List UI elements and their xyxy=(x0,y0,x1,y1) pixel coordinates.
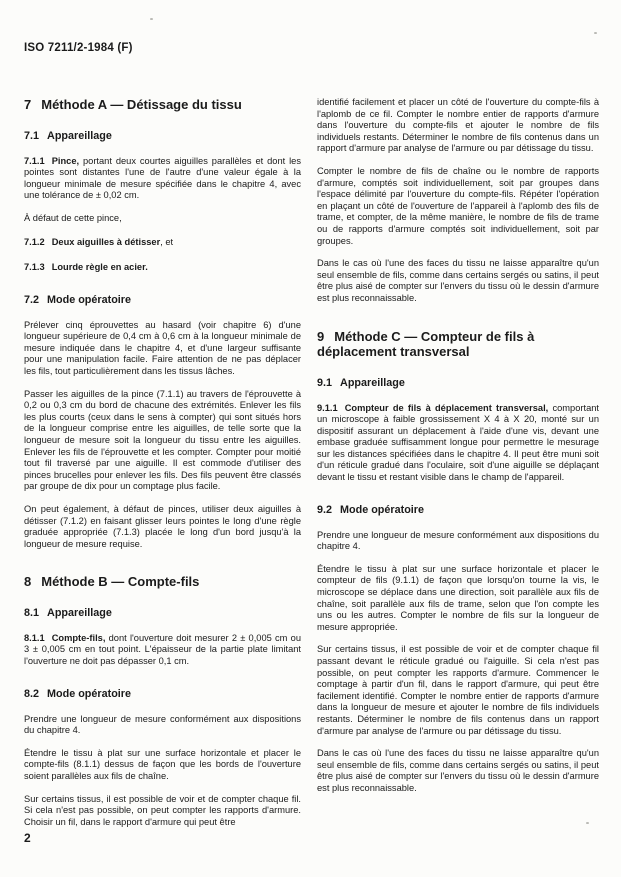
paragraph: Prendre une longueur de mesure conformém… xyxy=(317,530,599,553)
clause-number: 7.1.1 xyxy=(24,156,45,166)
subsection-number: 9.1 xyxy=(317,377,332,389)
subsection-7-1-heading: 7.1Appareillage xyxy=(24,130,301,143)
subsection-8-2-heading: 8.2Mode opératoire xyxy=(24,688,301,701)
paragraph: Sur certains tissus, il est possible de … xyxy=(24,794,301,829)
clause-9-1-1: 9.1.1Compteur de fils à déplacement tran… xyxy=(317,403,599,484)
subsection-9-1-heading: 9.1Appareillage xyxy=(317,377,599,390)
subsection-number: 8.1 xyxy=(24,607,39,619)
paragraph: Dans le cas où l'une des faces du tissu … xyxy=(317,258,599,304)
paragraph: Compter le nombre de fils de chaîne ou l… xyxy=(317,166,599,247)
clause-text: , et xyxy=(160,237,173,247)
section-7-heading: 7Méthode A — Détissage du tissu xyxy=(24,97,301,113)
two-column-layout: 7Méthode A — Détissage du tissu 7.1Appar… xyxy=(24,97,599,828)
section-9-heading: 9Méthode C — Compteur de fils à déplacem… xyxy=(317,329,599,360)
page-number: 2 xyxy=(24,831,31,845)
clause-lead: Lourde règle en acier. xyxy=(52,262,148,272)
clause-7-1-3: 7.1.3Lourde règle en acier. xyxy=(24,262,301,274)
clause-number: 7.1.2 xyxy=(24,237,45,247)
clause-number: 9.1.1 xyxy=(317,403,338,413)
scan-artifact xyxy=(586,822,589,824)
clause-7-1-2: 7.1.2Deux aiguilles à détisser, et xyxy=(24,237,301,249)
subsection-number: 7.1 xyxy=(24,130,39,142)
subsection-number: 8.2 xyxy=(24,688,39,700)
clause-lead: Deux aiguilles à détisser xyxy=(52,237,161,247)
subsection-number: 7.2 xyxy=(24,294,39,306)
subsection-title: Mode opératoire xyxy=(340,504,424,516)
subsection-title: Appareillage xyxy=(340,377,405,389)
subsection-title: Appareillage xyxy=(47,607,112,619)
paragraph: À défaut de cette pince, xyxy=(24,213,301,225)
paragraph: Étendre le tissu à plat sur une surface … xyxy=(24,748,301,783)
section-title: Méthode A — Détissage du tissu xyxy=(41,97,242,112)
paragraph: identifié facilement et placer un côté d… xyxy=(317,97,599,155)
document-reference: ISO 7211/2-1984 (F) xyxy=(24,42,133,54)
clause-lead: Pince, xyxy=(52,156,79,166)
paragraph: Étendre le tissu à plat sur une surface … xyxy=(317,564,599,634)
clause-text: comportant un microscope à faible grossi… xyxy=(317,403,599,483)
clause-lead: Compte-fils, xyxy=(52,633,106,643)
clause-number: 8.1.1 xyxy=(24,633,45,643)
subsection-number: 9.2 xyxy=(317,504,332,516)
subsection-9-2-heading: 9.2Mode opératoire xyxy=(317,504,599,517)
section-title: Méthode B — Compte-fils xyxy=(41,574,199,589)
right-column: identifié facilement et placer un côté d… xyxy=(317,97,599,828)
subsection-8-1-heading: 8.1Appareillage xyxy=(24,607,301,620)
clause-number: 7.1.3 xyxy=(24,262,45,272)
clause-7-1-1: 7.1.1Pince, portant deux courtes aiguill… xyxy=(24,156,301,202)
paragraph: Sur certains tissus, il est possible de … xyxy=(317,644,599,737)
clause-lead: Compteur de fils à déplacement transvers… xyxy=(345,403,549,413)
paragraph: Passer les aiguilles de la pince (7.1.1)… xyxy=(24,389,301,493)
section-number: 7 xyxy=(24,97,31,112)
subsection-title: Mode opératoire xyxy=(47,294,131,306)
left-column: 7Méthode A — Détissage du tissu 7.1Appar… xyxy=(24,97,301,828)
document-page: ISO 7211/2-1984 (F) 7Méthode A — Détissa… xyxy=(0,0,621,877)
subsection-title: Mode opératoire xyxy=(47,688,131,700)
paragraph: Prendre une longueur de mesure conformém… xyxy=(24,714,301,737)
paragraph: Dans le cas où l'une des faces du tissu … xyxy=(317,748,599,794)
scan-artifact xyxy=(150,18,153,20)
subsection-title: Appareillage xyxy=(47,130,112,142)
section-number: 8 xyxy=(24,574,31,589)
section-8-heading: 8Méthode B — Compte-fils xyxy=(24,574,301,590)
section-title: Méthode C — Compteur de fils à déplaceme… xyxy=(317,329,534,360)
section-number: 9 xyxy=(317,329,324,344)
paragraph: On peut également, à défaut de pinces, u… xyxy=(24,504,301,550)
paragraph: Prélever cinq éprouvettes au hasard (voi… xyxy=(24,320,301,378)
scan-artifact xyxy=(594,32,597,34)
subsection-7-2-heading: 7.2Mode opératoire xyxy=(24,294,301,307)
clause-8-1-1: 8.1.1Compte-fils, dont l'ouverture doit … xyxy=(24,633,301,668)
